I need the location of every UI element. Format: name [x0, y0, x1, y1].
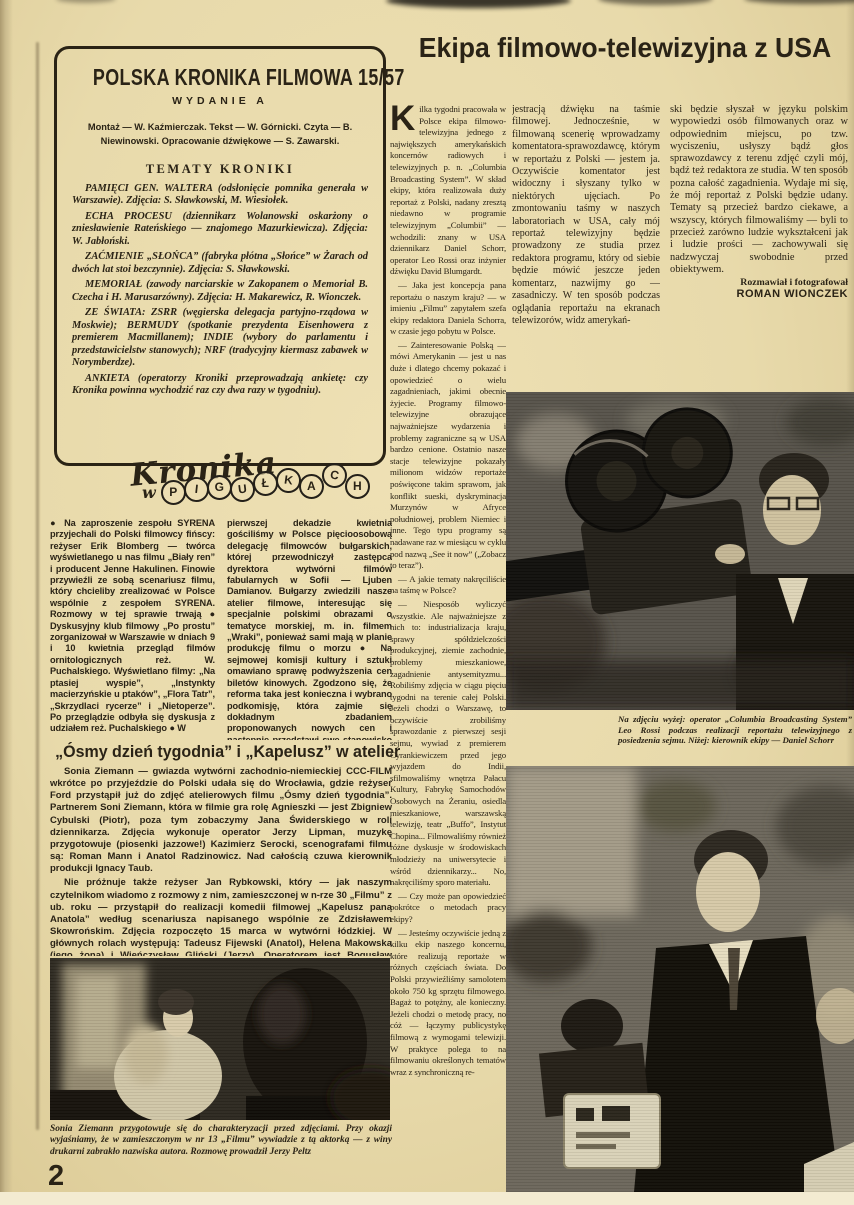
atelier-paragraph: Nie próżnuje także reżyser Jan Rybkowski…: [50, 877, 392, 956]
usa-article-column-1: Kilka tygodni pracowała w Polsce ekipa f…: [390, 104, 506, 1186]
usa-article-column-3: ski będzie słyszał w języku polskim wypo…: [670, 104, 848, 392]
kronika-edition: WYDANIE A: [57, 95, 383, 107]
pill-letter: A: [299, 474, 324, 499]
usa-paragraph: — Niesposób wyliczyć wszystkie. Ale najw…: [390, 599, 506, 889]
kronika-credits: Montaż — W. Kaźmierczak. Tekst — W. Górn…: [79, 120, 361, 149]
kronika-topics-title: TEMATY KRONIKI: [57, 162, 383, 177]
scan-smudge: [56, 0, 116, 3]
kronika-topic-item: PAMIĘCI GEN. WALTERA (odsłonięcie pomnik…: [72, 183, 368, 208]
interview-signature: Rozmawiał i fotografował: [670, 277, 848, 288]
photo-sonia-ziemann: [50, 958, 390, 1120]
scan-smudge: [744, 0, 854, 4]
kronika-topic-item: MEMORIAŁ (zawody narciarskie w Zakopanem…: [72, 279, 368, 304]
kronika-topic-item: ECHA PROCESU (dziennikarz Wolanowski osk…: [72, 211, 368, 248]
kronika-topic-item: ANKIETA (operatorzy Kroniki przeprowadza…: [72, 373, 368, 398]
usa-paragraph: Kilka tygodni pracowała w Polsce ekipa f…: [390, 104, 506, 278]
interview-author: ROMAN WIONCZEK: [670, 288, 848, 300]
kronika-box-title: POLSKA KRONIKA FILMOWA 15/57: [93, 64, 347, 91]
scan-smudge: [598, 0, 713, 5]
kronika-topics-list: PAMIĘCI GEN. WALTERA (odsłonięcie pomnik…: [72, 183, 368, 398]
magazine-page: POLSKA KRONIKA FILMOWA 15/57 WYDANIE A M…: [0, 0, 854, 1205]
cbs-photo-caption: Na zdjęciu wyżej: operator „Columbia Bro…: [618, 714, 852, 746]
usa-paragraph: — Czy może pan opowiedzieć pokrótce o me…: [390, 891, 506, 926]
usa-article-title: Ekipa filmowo-telewizyjna z USA: [411, 32, 839, 64]
usa-paragraph: — Zainteresowanie Polską — mówi Amerykan…: [390, 340, 506, 572]
kronika-topic-item: ZAĆMIENIE „SŁOŃCA” (fabryka płótna „Słoń…: [72, 251, 368, 276]
usa-paragraph: — Jaka jest koncepcja pana reportażu o n…: [390, 280, 506, 338]
page-bottom-margin: [0, 1192, 854, 1205]
photo-cbs-operator-leo-rossi: [506, 392, 854, 710]
atelier-section-heading: „Ósmy dzień tygodnia” i „Kapelusz” w ate…: [55, 743, 387, 762]
kronika-w-pigulkach-logo: Kronika w P I G U Ł K A C H: [104, 448, 354, 499]
pigulkach-column-right: pierwszej dekadzie kwietnia gościliśmy w…: [227, 518, 392, 740]
pigulkach-column-left: ● Na zaproszenie zespołu SYRENA przyjech…: [50, 518, 215, 740]
pill-letter: G: [207, 475, 232, 500]
atelier-paragraph: Sonia Ziemann — gwiazda wytwórni zachodn…: [50, 766, 392, 875]
usa-paragraph: — Jesteśmy oczywiście jedną z kilku ekip…: [390, 928, 506, 1079]
kronika-info-box: POLSKA KRONIKA FILMOWA 15/57 WYDANIE A M…: [54, 46, 386, 466]
pigulkach-news-columns: ● Na zaproszenie zespołu SYRENA przyjech…: [50, 518, 392, 740]
pill-letter: H: [345, 474, 370, 499]
page-number: 2: [48, 1160, 64, 1193]
kronika-topic-item: ZE ŚWIATA: ZSRR (węgierska delegacja par…: [72, 307, 368, 369]
sonia-photo-caption: Sonia Ziemann przygotowuje się do charak…: [50, 1124, 392, 1158]
usa-article-column-2: jestracją dźwięku na taśmie filmowej. Je…: [512, 104, 660, 392]
usa-column-3-text: ski będzie słyszał w języku polskim wypo…: [670, 104, 848, 275]
page-fold: [36, 42, 39, 1130]
page-left-edge: [0, 0, 13, 1205]
photo-daniel-schorr: [506, 766, 854, 1192]
pill-letter: P: [161, 480, 186, 505]
w-word: w: [142, 483, 156, 502]
usa-paragraph: — A jakie tematy nakręciliście na taśmę …: [390, 574, 506, 597]
atelier-section-text: Sonia Ziemann — gwiazda wytwórni zachodn…: [50, 766, 392, 956]
scan-smudge: [386, 0, 571, 8]
pill-letter: Ł: [253, 471, 278, 496]
